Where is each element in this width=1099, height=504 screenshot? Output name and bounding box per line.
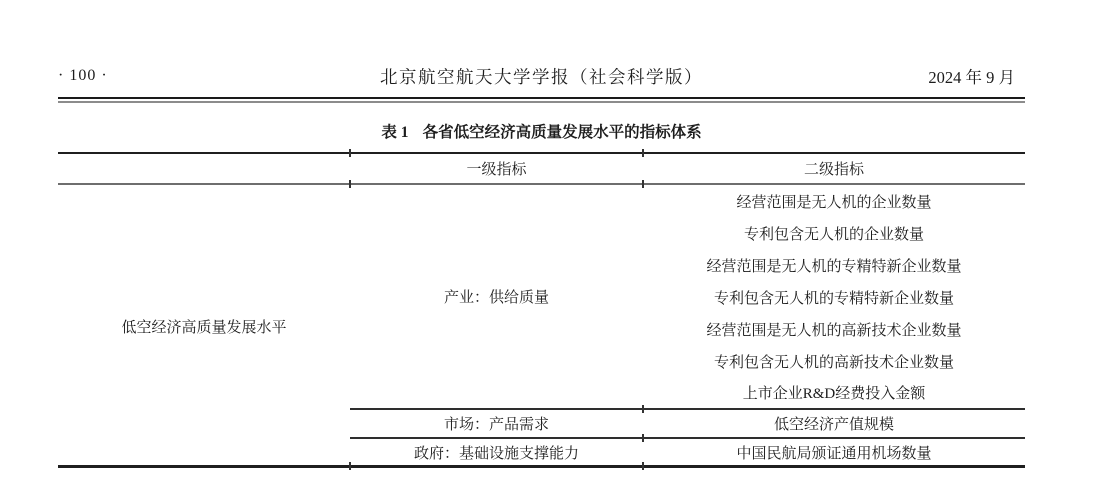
issue-date: 2024 年 9 月 [928,64,1015,88]
level1-cell-industry: 产业：供给质量 [350,185,643,408]
level2-cell: 专利包含无人机的专精特新企业数量 [643,281,1025,313]
table-caption-label: 表 1 [381,124,408,141]
table-row-header: 低空经济高质量发展水平 [58,185,350,467]
level2-cell: 专利包含无人机的企业数量 [643,217,1025,249]
col-divider-tick [349,149,351,157]
column-header-level1: 一级指标 [350,154,643,183]
table-caption-title: 各省低空经济高质量发展水平的指标体系 [423,124,702,141]
running-head-rule-bottom [58,101,1025,103]
col-divider-tick [642,405,644,413]
indicator-table: 一级指标 二级指标 低空经济高质量发展水平 产业：供给质量 经营范围是无人机的企… [58,152,1025,472]
table-caption: 表 1各省低空经济高质量发展水平的指标体系 [58,120,1025,142]
level2-cell: 专利包含无人机的高新技术企业数量 [643,345,1025,377]
level1-cell-government: 政府：基础设施支撑能力 [350,439,643,465]
level2-cell: 上市企业R&D经费投入金额 [643,377,1025,408]
running-head-rule-top [58,97,1025,99]
col-divider-tick [642,462,644,470]
level2-cell: 低空经济产值规模 [643,410,1025,437]
table-rule-bottom [58,465,1025,468]
col-divider-tick [642,434,644,442]
level1-cell-market: 市场：产品需求 [350,410,643,437]
col-divider-tick [642,149,644,157]
level2-cell: 经营范围是无人机的企业数量 [643,185,1025,217]
col-divider-tick [349,180,351,188]
col-divider-tick [349,462,351,470]
col-divider-tick [642,180,644,188]
level2-cell: 经营范围是无人机的高新技术企业数量 [643,313,1025,345]
page-running-head: · 100 · 北京航空航天大学学报（社会科学版） 2024 年 9 月 [58,62,1025,90]
level2-cell: 中国民航局颁证通用机场数量 [643,439,1025,465]
journal-title: 北京航空航天大学学报（社会科学版） [58,64,1025,89]
column-header-level2: 二级指标 [643,154,1025,183]
level2-cell: 经营范围是无人机的专精特新企业数量 [643,249,1025,281]
